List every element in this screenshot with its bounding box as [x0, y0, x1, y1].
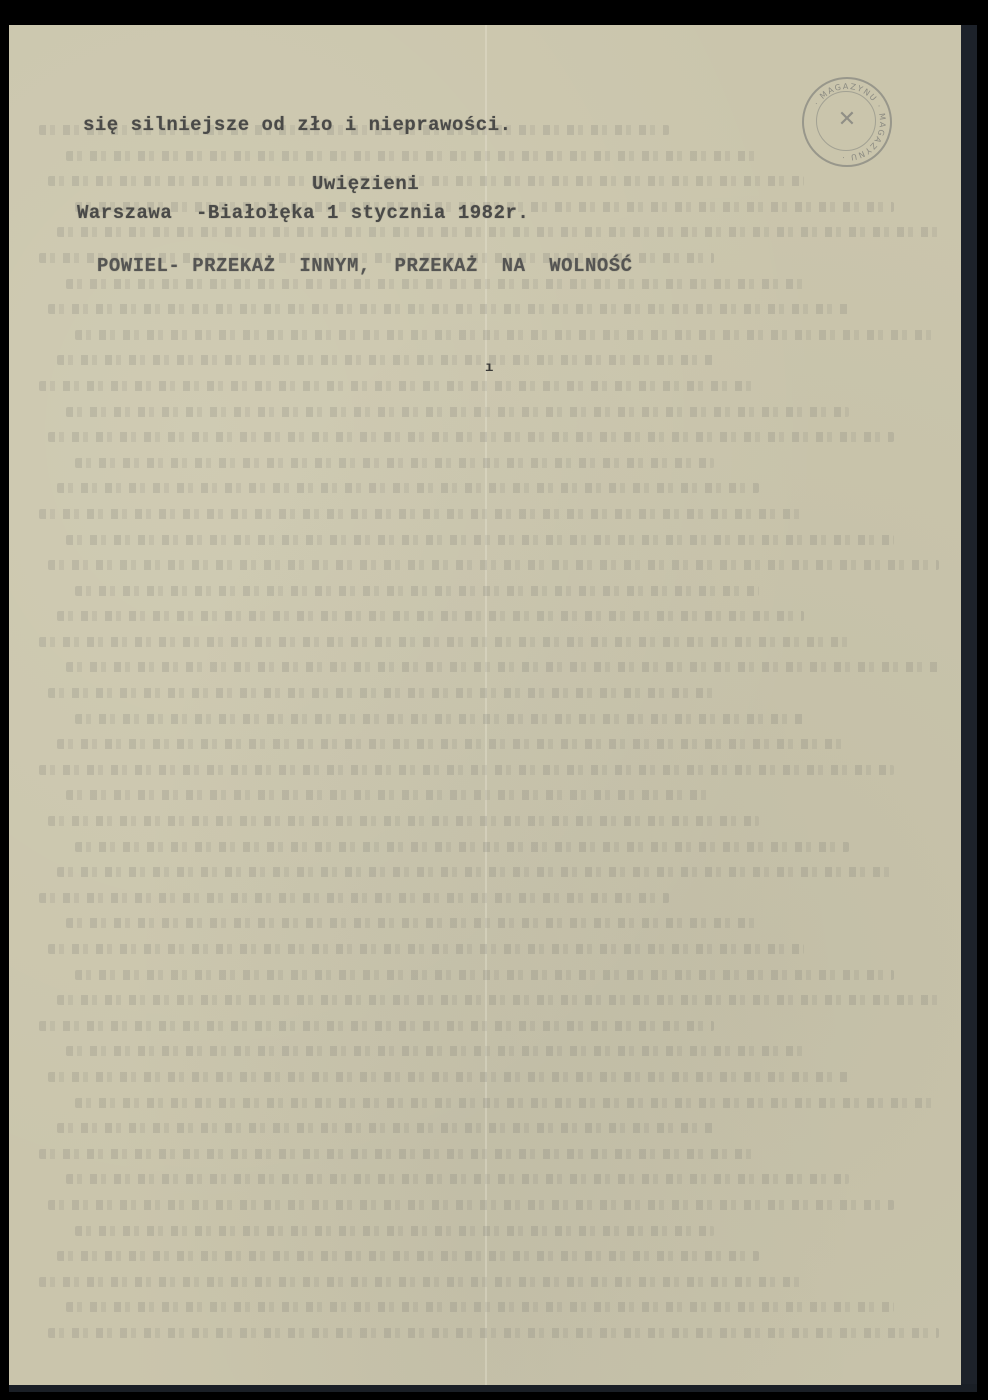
- signature-line: Uwięzieni: [312, 173, 419, 195]
- bleed-through-line: [48, 1200, 894, 1210]
- bleed-through-line: [48, 688, 714, 698]
- bleed-through-line: [57, 611, 804, 621]
- archive-stamp: · MAGAZYNU · MAGAZYNU · ✕: [802, 77, 892, 167]
- bleed-through-line: [66, 1302, 894, 1312]
- bleed-through-line: [48, 432, 894, 442]
- bleed-through-line: [57, 355, 714, 365]
- bleed-through-line: [48, 1328, 939, 1338]
- bleed-through-line: [39, 1149, 759, 1159]
- bleed-through-text: [39, 125, 939, 1354]
- bleed-through-line: [66, 918, 759, 928]
- stamp-cross-icon: ✕: [804, 107, 890, 132]
- place-date-line: Warszawa -Białołęka 1 stycznia 1982r.: [77, 202, 529, 224]
- bleed-through-line: [39, 637, 849, 647]
- bleed-through-line: [39, 381, 759, 391]
- bleed-through-line: [66, 1046, 804, 1056]
- bleed-through-line: [66, 407, 849, 417]
- bleed-through-line: [48, 1072, 849, 1082]
- bleed-through-line: [48, 304, 849, 314]
- bleed-through-line: [39, 893, 669, 903]
- bleed-through-line: [75, 714, 804, 724]
- document-page: się silniejsze od zło i nieprawości. Uwi…: [9, 25, 961, 1385]
- bleed-through-line: [48, 816, 759, 826]
- bleed-through-line: [57, 739, 849, 749]
- appeal-line: POWIEL- PRZEKAŻ INNYM, PRZEKAŻ NA WOLNOŚ…: [97, 255, 633, 277]
- bleed-through-line: [57, 995, 939, 1005]
- bleed-through-line: [66, 790, 714, 800]
- bleed-through-line: [39, 509, 804, 519]
- bleed-through-line: [57, 227, 939, 237]
- bleed-through-line: [66, 279, 804, 289]
- bleed-through-line: [75, 586, 759, 596]
- bleed-through-line: [75, 1226, 714, 1236]
- bleed-through-line: [75, 1098, 939, 1108]
- bleed-through-line: [48, 176, 804, 186]
- bleed-through-line: [75, 458, 714, 468]
- bleed-through-line: [66, 151, 759, 161]
- bleed-through-line: [75, 970, 894, 980]
- bleed-through-line: [48, 944, 804, 954]
- bleed-through-line: [39, 1277, 804, 1287]
- bleed-through-line: [75, 842, 849, 852]
- bleed-through-line: [57, 1123, 714, 1133]
- bleed-through-line: [48, 560, 939, 570]
- scanner-edge-bottom: [9, 1384, 977, 1392]
- bleed-through-line: [57, 867, 894, 877]
- stray-typewriter-mark: ı: [485, 360, 493, 376]
- closing-line: się silniejsze od zło i nieprawości.: [83, 114, 511, 136]
- bleed-through-line: [57, 483, 759, 493]
- bleed-through-line: [57, 1251, 759, 1261]
- bleed-through-line: [66, 1174, 849, 1184]
- bleed-through-line: [39, 765, 894, 775]
- bleed-through-line: [66, 535, 894, 545]
- bleed-through-line: [75, 330, 939, 340]
- bleed-through-line: [39, 1021, 714, 1031]
- bleed-through-line: [66, 662, 939, 672]
